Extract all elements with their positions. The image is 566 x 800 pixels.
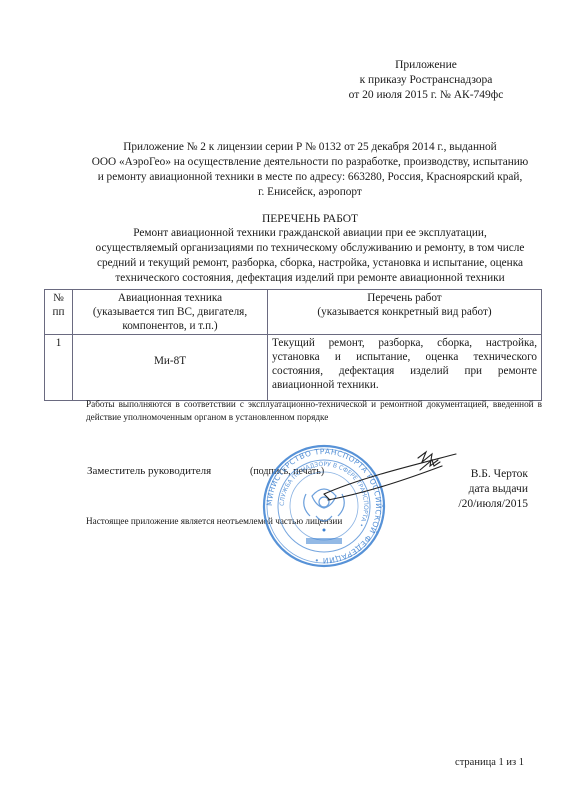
header-works-line-1: Перечень работ — [272, 291, 537, 305]
table-row: 1 Ми-8Т Текущий ремонт, разборка, сборка… — [45, 335, 542, 401]
works-list-title: ПЕРЕЧЕНЬ РАБОТ — [60, 212, 560, 226]
header-aircraft: Авиационная техника (указывается тип ВС,… — [73, 290, 268, 335]
header-number: № пп — [45, 290, 73, 335]
license-line-3: и ремонту авиационной техники в месте по… — [60, 170, 560, 185]
intro-line-1: Ремонт авиационной техники гражданской а… — [60, 226, 560, 241]
compliance-note: Работы выполняются в соответствии с эксп… — [86, 398, 542, 424]
annex-line-1: Приложение — [316, 58, 536, 73]
annex-line-2: к приказу Ространснадзора — [316, 73, 536, 88]
header-aircraft-line-1: Авиационная техника — [77, 291, 263, 305]
handwritten-signature-icon — [300, 448, 458, 508]
intro-line-4: технического состояния, дефектация издел… — [60, 271, 560, 286]
works-list-intro: Ремонт авиационной техники гражданской а… — [60, 226, 560, 286]
license-line-4: г. Енисейск, аэропорт — [60, 185, 560, 200]
row-works: Текущий ремонт, разборка, сборка, настро… — [268, 335, 542, 401]
annex-header: Приложение к приказу Ространснадзора от … — [316, 58, 536, 103]
license-line-1: Приложение № 2 к лицензии серии Р № 0132… — [60, 140, 560, 155]
header-works-line-2: (указывается конкретный вид работ) — [272, 305, 537, 319]
license-block: Приложение № 2 к лицензии серии Р № 0132… — [60, 140, 560, 200]
signer-position: Заместитель руководителя — [87, 465, 211, 477]
intro-line-3: средний и текущий ремонт, разборка, сбор… — [60, 256, 560, 271]
works-table: № пп Авиационная техника (указывается ти… — [44, 289, 542, 401]
intro-line-2: осуществляемый организациями по техничес… — [60, 241, 560, 256]
header-aircraft-line-2: (указывается тип ВС, двигателя, — [77, 305, 263, 319]
table-header-row: № пп Авиационная техника (указывается ти… — [45, 290, 542, 335]
page-indicator: страница 1 из 1 — [455, 757, 524, 768]
annex-line-3: от 20 июля 2015 г. № АК-749фс — [316, 88, 536, 103]
row-number: 1 — [45, 335, 73, 401]
header-number-line-1: № — [49, 291, 68, 305]
header-aircraft-line-3: компонентов, и т.п.) — [77, 319, 263, 333]
header-works: Перечень работ (указывается конкретный в… — [268, 290, 542, 335]
header-number-line-2: пп — [49, 305, 68, 319]
row-aircraft: Ми-8Т — [73, 335, 268, 401]
license-line-2: ООО «АэроГео» на осуществление деятельно… — [60, 155, 560, 170]
